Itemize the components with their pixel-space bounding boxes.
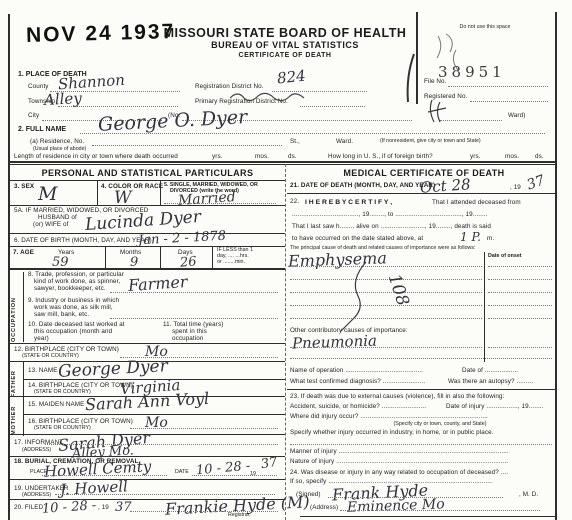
onset-line-4 xyxy=(488,305,552,306)
trade-line xyxy=(110,292,278,293)
specify-city-note: (Specify city or town, county, and State… xyxy=(360,422,520,428)
burial-place-line xyxy=(42,475,167,476)
certify-number: 22. xyxy=(290,199,299,206)
injury-extra-line xyxy=(290,444,552,445)
ink-slash-mark xyxy=(400,52,420,104)
informant-address-label: (ADDRESS) xyxy=(22,448,51,454)
injury-date-label: Date of injury ................., 19....… xyxy=(446,404,544,411)
row7-bottom-rule xyxy=(8,268,285,270)
contributory-line-1 xyxy=(290,347,482,348)
city-label: City xyxy=(28,113,39,120)
filed-year-value: 37 xyxy=(115,500,132,515)
occupation-bracket-line xyxy=(23,272,24,342)
onset-line-3 xyxy=(488,292,552,293)
file-number-label: File No. xyxy=(424,79,447,86)
onset-line-6 xyxy=(488,347,552,348)
bureau-subtitle: BUREAU OF VITAL STATISTICS xyxy=(150,41,420,51)
onset-box-line xyxy=(484,252,485,362)
ward-ink-mark xyxy=(424,98,450,124)
father-vertical-label: FATHER xyxy=(11,363,17,397)
certify-line4-m: m. xyxy=(487,236,494,243)
personal-column-header: PERSONAL AND STATISTICAL PARTICULARS xyxy=(20,169,275,179)
filed-year-prefix: , 19 xyxy=(98,505,109,512)
row18-bottom-rule xyxy=(8,479,285,480)
age-label: 7. AGE xyxy=(13,250,34,257)
pencil-marks xyxy=(432,30,472,78)
external-causes-label: 23. If death was due to external causes … xyxy=(290,394,504,401)
full-name-label: 2. FULL NAME xyxy=(18,126,66,134)
onset-line-2 xyxy=(488,279,552,280)
industry-label-3: saw mill, bank, etc. xyxy=(34,312,89,319)
autopsy-label: Was there an autopsy? ......... xyxy=(448,379,533,386)
abode-note: (Usual place of abode) xyxy=(33,147,86,153)
physician-address-value: Eminence Mo xyxy=(347,496,445,515)
filed-date-value: 10 - 28 - xyxy=(42,498,97,517)
mother-birthplace-line xyxy=(130,428,278,429)
right-border-line xyxy=(555,12,557,520)
informant-line xyxy=(45,444,278,445)
registrar-signature-line xyxy=(130,511,278,512)
totaltime-label-3: occupation xyxy=(172,336,203,343)
left-border-line xyxy=(8,14,10,520)
dod-bottom-rule xyxy=(287,193,557,194)
undertaker-address-label: (ADDRESS) xyxy=(22,493,51,499)
manner-injury-label: Manner of injury .......................… xyxy=(290,449,509,456)
address-line xyxy=(340,510,540,511)
howlong-yrs-label: yrs. xyxy=(470,154,481,161)
page-title: MISSOURI STATE BOARD OF HEALTH xyxy=(150,27,420,41)
primary-district-line xyxy=(300,106,365,107)
registration-district-value: 824 xyxy=(276,67,306,88)
section-rule-top xyxy=(8,161,557,163)
registrar-label: Registrar. xyxy=(228,513,251,519)
nature-injury-label: Nature of injury .......................… xyxy=(290,459,508,466)
undertaker-value: J. Howell xyxy=(60,477,129,499)
length-mos-label: mos. xyxy=(255,154,269,161)
certify-line4: to have occurred on the date stated abov… xyxy=(292,236,423,243)
residence-ward-label: Ward. xyxy=(336,139,353,146)
marital-line xyxy=(164,203,276,204)
test-label: What test confirmed diagnosis? .........… xyxy=(290,379,425,386)
time-of-death-value: 1 P. xyxy=(460,230,481,244)
color-marital-divider xyxy=(160,180,161,205)
certify-line2: ...................................., 19… xyxy=(292,212,488,219)
date-of-death-label: 21. DATE OF DEATH (MONTH, DAY, AND YEAR) xyxy=(290,183,435,190)
signed-label: (Signed) xyxy=(296,492,321,499)
certify-rest-text: That I attended deceased from xyxy=(432,200,521,207)
file-number-line xyxy=(448,86,548,87)
residence-st-label: St., xyxy=(290,139,300,146)
bottom-rule xyxy=(300,516,557,517)
residence-label: (a) Residence, No. xyxy=(30,139,84,146)
length-residence-label: Length of residence in city or town wher… xyxy=(14,154,178,161)
sex-color-divider xyxy=(97,180,98,205)
township-value: Alley xyxy=(44,89,83,109)
burial-date-line xyxy=(192,475,277,476)
contributory-line-2 xyxy=(290,358,552,359)
physician-address-label: (Address) xyxy=(310,505,338,512)
registered-number-line xyxy=(470,101,548,102)
sex-label: 3. SEX xyxy=(14,184,34,191)
onset-header: Date of onset xyxy=(488,254,522,260)
age-divider-1 xyxy=(105,246,106,268)
birthplace-sub-label: (STATE OR COUNTRY) xyxy=(22,354,79,360)
dob-label: 6. DATE OF BIRTH (MONTH, DAY, AND YEAR) xyxy=(14,238,152,245)
age-divider-2 xyxy=(160,246,161,268)
mother-bracket-line xyxy=(23,396,24,436)
date-of-death-year-prefix: , 19 xyxy=(510,185,521,192)
mother-maiden-value: Sarah Ann Voyl xyxy=(85,389,210,414)
cause-line-4 xyxy=(290,305,482,306)
residence-line xyxy=(92,145,282,146)
full-name-line xyxy=(80,133,545,134)
howlong-ds-label: ds. xyxy=(535,154,544,161)
certify-bold-text: I H E R E B Y C E R T I F Y , xyxy=(305,199,392,206)
cause-line-3 xyxy=(290,292,482,293)
full-name-value: George O. Dyer xyxy=(98,106,248,136)
occupation-related-label: 24. Was disease or injury in any way rel… xyxy=(290,470,508,477)
cause-line-1 xyxy=(290,266,482,267)
spouse-label-3: (or) WIFE of xyxy=(33,222,68,229)
operation-label: Name of operation ......................… xyxy=(290,368,423,375)
certificate-subtitle: CERTIFICATE OF DEATH xyxy=(150,52,420,60)
nonresident-note: (If nonresident, give city or town and S… xyxy=(380,139,481,145)
industry-line xyxy=(110,318,278,319)
onset-line-1 xyxy=(488,266,552,267)
mother-birthplace-sub: (STATE OR COUNTRY) xyxy=(34,426,91,432)
burial-date-label: DATE xyxy=(175,470,189,476)
onset-line-5 xyxy=(488,318,552,319)
filed-label: 20. FILED xyxy=(14,505,43,512)
death-certificate-scan: NOV 24 1937 MISSOURI STATE BOARD OF HEAL… xyxy=(0,0,572,520)
mother-vertical-label: MOTHER xyxy=(11,399,17,435)
length-ds-label: ds. xyxy=(288,154,297,161)
howlong-mos-label: mos. xyxy=(505,154,519,161)
stray-ink-number: 108 xyxy=(384,271,413,308)
mother-maiden-label: 15. MAIDEN NAME xyxy=(28,402,84,409)
accident-label: Accident, suicide, or homicide? ........… xyxy=(290,404,426,411)
section-rule-bottom xyxy=(8,164,557,165)
where-injury-label: Where did injury occur? ................… xyxy=(290,414,488,421)
row3-bottom-rule xyxy=(8,205,285,206)
lastworked-label-3: year) xyxy=(34,336,49,343)
section23-top-rule xyxy=(287,389,557,390)
age-divider-3 xyxy=(212,246,213,268)
operation-date-label: Date of .................. xyxy=(462,368,518,375)
city-ward-label: Ward) xyxy=(508,113,525,120)
color-label: 4. COLOR OR RACE xyxy=(101,184,163,191)
md-label: , M. D. xyxy=(519,492,538,499)
primary-district-scribble xyxy=(228,88,308,104)
age-less-label-3: or ........min. xyxy=(217,260,245,266)
length-yrs-label: yrs. xyxy=(212,154,223,161)
occupation-vertical-label: OCCUPATION xyxy=(11,276,17,342)
father-birthplace-sub: (STATE OR COUNTRY) xyxy=(34,390,91,396)
column-divider-line xyxy=(285,164,286,520)
sex-value: M xyxy=(38,183,57,205)
specify-place-label: Specify whether injury occurred in indus… xyxy=(290,430,494,437)
personal-header-rule xyxy=(8,180,285,181)
howlong-us-label: How long in U. S., if of foreign birth? xyxy=(328,154,433,161)
trade-label-3: sawyer, bookkeeper, etc. xyxy=(34,286,106,293)
burial-year-value: 37 xyxy=(260,455,279,473)
cause-line-5 xyxy=(290,318,482,319)
father-name-label: 13. NAME xyxy=(28,368,58,375)
cause-flourish-mark xyxy=(336,258,372,336)
